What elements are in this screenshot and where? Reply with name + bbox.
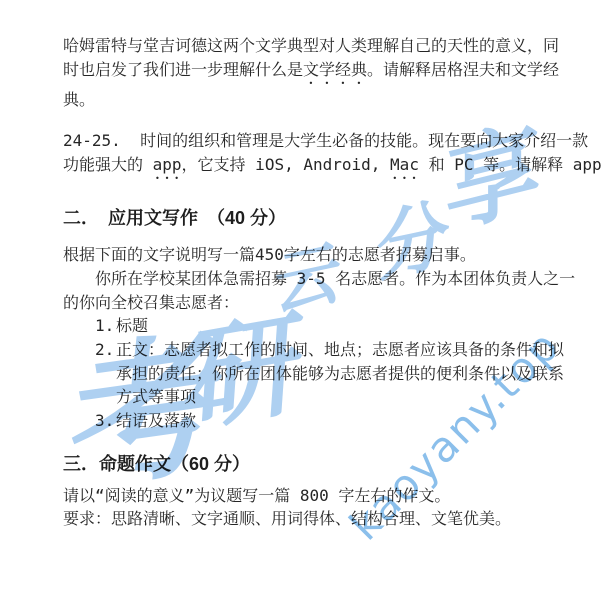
- question-24-25-paragraph: 24-25. 时间的组织和管理是大学生必备的技能。现在要向大家介绍一款功能强大的…: [63, 129, 568, 183]
- text-segment: 和 PC 等。请解释 app 和 Mac。: [419, 155, 610, 174]
- text-line: 根据下面的文字说明写一篇450字左右的志愿者招募启事。: [63, 243, 568, 267]
- list-item-text: 正文：志愿者拟工作的时间、地点；志愿者应该具备的条件和拟: [116, 340, 564, 359]
- list-item-text: 结语及落款: [116, 411, 196, 430]
- text-line: 请以“阅读的意义”为议题写一篇 800 字左右的作文。: [63, 484, 568, 508]
- list-item: 1.标题: [95, 314, 568, 338]
- text-line: 1.标题: [95, 314, 568, 338]
- list-item-number: 1.: [95, 314, 116, 338]
- list-item-number: 2.: [95, 338, 116, 362]
- text-line: 承担的责任；你所在团体能够为志愿者提供的便利条件以及联系: [95, 362, 568, 386]
- list-item: 2.正文：志愿者拟工作的时间、地点；志愿者应该具备的条件和拟承担的责任；你所在团…: [95, 338, 568, 409]
- text-line: 哈姆雷特与堂吉诃德这两个文学典型对人类理解自己的天性的意义，同: [63, 34, 568, 58]
- section-3-heading: 三．命题作文（60 分）: [63, 451, 568, 477]
- text-line: 你所在学校某团体急需招募 3-5 名志愿者。作为本团体负责人之一: [63, 267, 568, 291]
- text-line: 的你向全校召集志愿者：: [63, 291, 568, 315]
- section-2-instructions: 根据下面的文字说明写一篇450字左右的志愿者招募启事。你所在学校某团体急需招募 …: [63, 243, 568, 314]
- text-line: 3.结语及落款: [95, 409, 568, 433]
- section-2-heading: 二． 应用文写作 （40 分）: [63, 205, 568, 231]
- text-line: 要求：思路清晰、文字通顺、用词得体、结构合理、文笔优美。: [63, 507, 568, 531]
- emphasized-term: 文学经典: [303, 60, 367, 79]
- list-item: 3.结语及落款: [95, 409, 568, 433]
- question-23-paragraph: 哈姆雷特与堂吉诃德这两个文学典型对人类理解自己的天性的意义，同时也启发了我们进一…: [63, 34, 568, 111]
- emphasized-term: app: [153, 155, 182, 174]
- text-line: 典。: [63, 88, 568, 112]
- exam-scan-page: 哈姆雷特与堂吉诃德这两个文学典型对人类理解自己的天性的意义，同时也启发了我们进一…: [0, 0, 610, 604]
- list-item-number: 3.: [95, 409, 116, 433]
- text-segment: ，它支持 iOS, Android,: [182, 155, 391, 174]
- exam-text-content: 哈姆雷特与堂吉诃德这两个文学典型对人类理解自己的天性的意义，同时也启发了我们进一…: [63, 34, 568, 531]
- section-3-instructions: 请以“阅读的意义”为议题写一篇 800 字左右的作文。要求：思路清晰、文字通顺、…: [63, 484, 568, 531]
- text-segment: 。请解释居格涅夫和文学经: [367, 60, 559, 79]
- text-line: 功能强大的 app，它支持 iOS, Android, Mac 和 PC 等。请…: [63, 153, 568, 183]
- text-line: 2.正文：志愿者拟工作的时间、地点；志愿者应该具备的条件和拟: [95, 338, 568, 362]
- text-segment: 时也启发了我们进一步理解什么是: [63, 60, 303, 79]
- text-segment: 功能强大的: [63, 155, 153, 174]
- emphasized-term: Mac: [390, 155, 419, 174]
- text-line: 方式等事项: [95, 385, 568, 409]
- requirements-list: 1.标题 2.正文：志愿者拟工作的时间、地点；志愿者应该具备的条件和拟承担的责任…: [63, 314, 568, 433]
- list-item-text: 标题: [116, 316, 148, 335]
- text-line: 时也启发了我们进一步理解什么是文学经典。请解释居格涅夫和文学经: [63, 58, 568, 88]
- text-line: 24-25. 时间的组织和管理是大学生必备的技能。现在要向大家介绍一款: [63, 129, 568, 153]
